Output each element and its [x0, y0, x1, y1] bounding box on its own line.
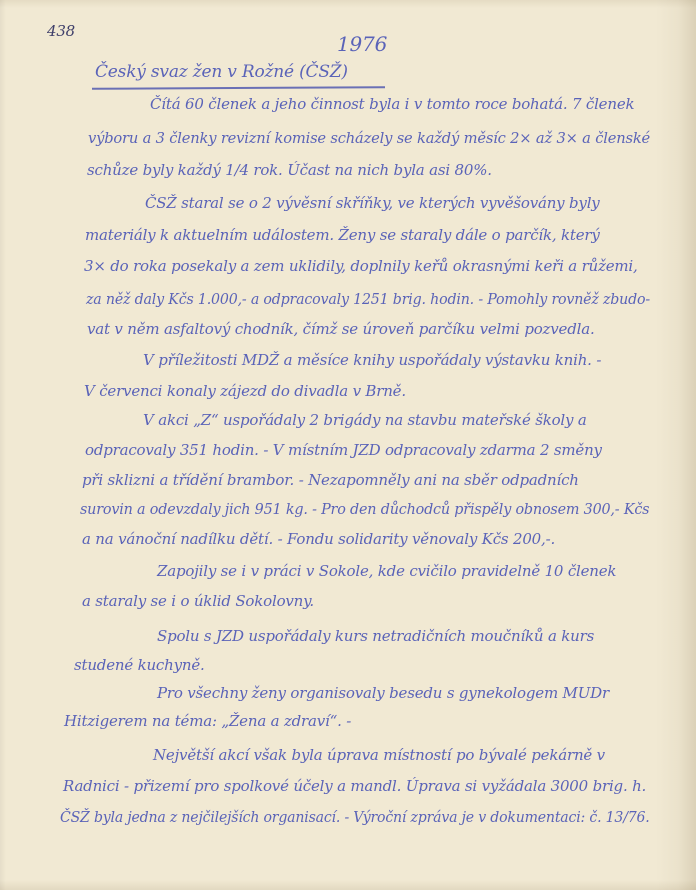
text-line: ČSŽ byla jedna z nejčilejších organisací… — [60, 808, 650, 826]
text-line: surovin a odevzdaly jich 951 kg. - Pro d… — [80, 500, 649, 518]
year-heading: 1976 — [337, 32, 387, 56]
text-line: 3× do roka posekaly a zem uklidily, dopl… — [84, 257, 638, 275]
text-line: materiály k aktuelním událostem. Ženy se… — [85, 226, 600, 244]
text-line: ČSŽ staral se o 2 vývěsní skříňky, ve kt… — [145, 194, 600, 212]
text-line: za něž daly Kčs 1.000,- a odpracovaly 12… — [86, 290, 650, 308]
text-line: V akci „Z“ uspořádaly 2 brigády na stavb… — [143, 411, 587, 429]
text-line: při sklizni a třídění brambor. - Nezapom… — [82, 471, 579, 489]
text-line: Spolu s JZD uspořádaly kurs netradičních… — [157, 627, 594, 645]
text-line: a staraly se i o úklid Sokolovny. — [82, 592, 314, 610]
heading-underline — [92, 86, 385, 89]
section-heading: Český svaz žen v Rožné (ČSŽ) — [95, 62, 348, 82]
text-line: V červenci konaly zájezd do divadla v Br… — [84, 382, 406, 400]
scanned-chronicle-page: 438 1976 Český svaz žen v Rožné (ČSŽ) Čí… — [0, 0, 696, 890]
text-line: studené kuchyně. — [74, 656, 205, 674]
text-line: Hitzigerem na téma: „Žena a zdraví“. - — [64, 712, 351, 730]
text-line: Zapojily se i v práci v Sokole, kde cvič… — [157, 562, 616, 580]
text-line: Čítá 60 členek a jeho činnost byla i v t… — [150, 95, 634, 113]
text-line: Pro všechny ženy organisovaly besedu s g… — [157, 684, 609, 702]
page-number: 438 — [47, 22, 75, 40]
text-line: odpracovaly 351 hodin. - V místním JZD o… — [85, 441, 602, 459]
text-line: výboru a 3 členky revizní komise scházel… — [88, 129, 650, 147]
text-line: vat v něm asfaltový chodník, čímž se úro… — [87, 320, 595, 338]
text-line: Největší akcí však byla úprava místností… — [153, 746, 605, 764]
text-line: Radnici - přizemí pro spolkové účely a m… — [63, 777, 646, 795]
text-line: V příležitosti MDŽ a měsíce knihy uspořá… — [143, 351, 601, 369]
text-line: schůze byly každý 1/4 rok. Účast na nich… — [87, 161, 492, 179]
text-line: a na vánoční nadílku dětí. - Fondu solid… — [82, 530, 555, 548]
